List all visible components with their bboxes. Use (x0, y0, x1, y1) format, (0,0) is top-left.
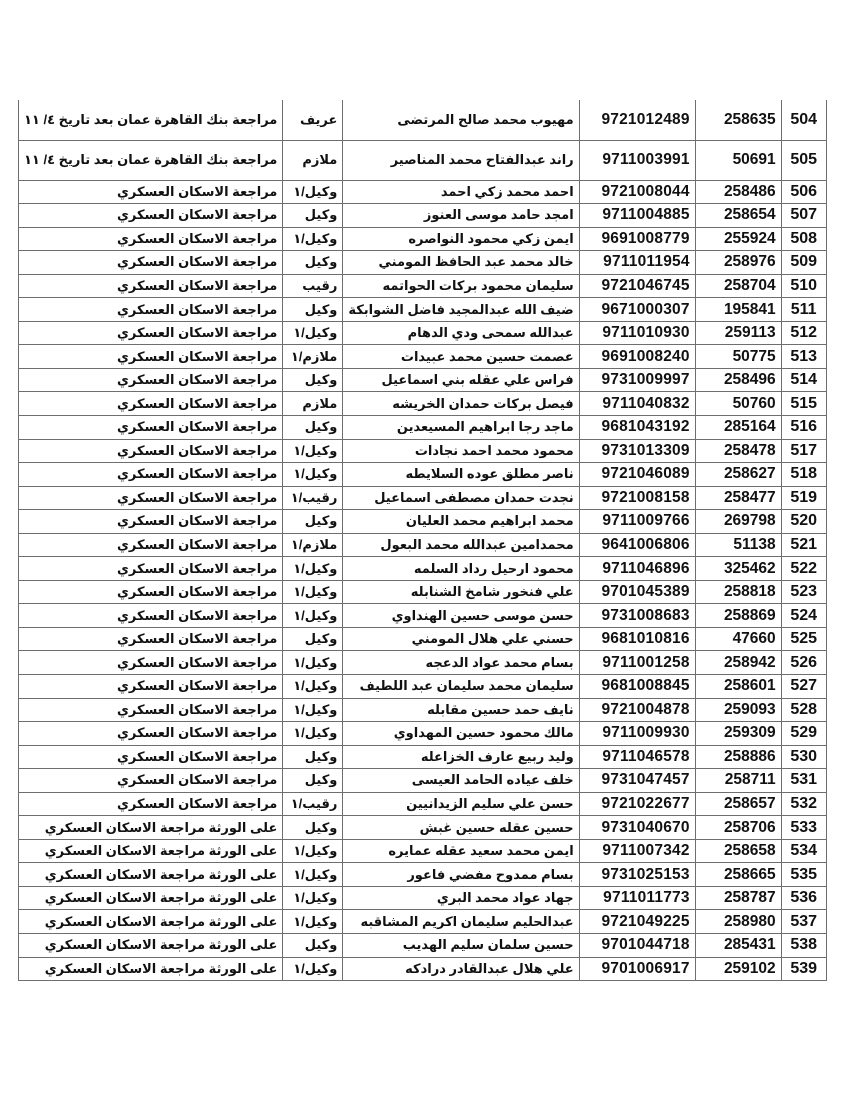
name-cell: فيصل بركات حمدان الخريشه (343, 392, 579, 416)
note-cell: مراجعة الاسكان العسكري (19, 345, 283, 369)
table-row: مراجعة الاسكان العسكري رقيب/١ حسن علي سل… (19, 792, 827, 816)
military-number-cell: 258486 (695, 180, 781, 204)
note-cell: مراجعة الاسكان العسكري (19, 274, 283, 298)
national-number-cell: 9671000307 (579, 298, 695, 322)
military-number-cell: 258654 (695, 204, 781, 228)
rank-cell: وكيل/١ (283, 463, 343, 487)
rank-cell: وكيل/١ (283, 910, 343, 934)
rank-cell: وكيل/١ (283, 321, 343, 345)
table-row: مراجعة الاسكان العسكري ملازم فيصل بركات … (19, 392, 827, 416)
table-row: مراجعة الاسكان العسكري ملازم/١ عصمت حسين… (19, 345, 827, 369)
national-number-cell: 9711004885 (579, 204, 695, 228)
national-number-cell: 9721004878 (579, 698, 695, 722)
military-number-cell: 258787 (695, 886, 781, 910)
rank-cell: ملازم (283, 392, 343, 416)
sequence-number-cell: 523 (781, 580, 826, 604)
rank-cell: وكيل/١ (283, 886, 343, 910)
national-number-cell: 9721046745 (579, 274, 695, 298)
rank-cell: وكيل (283, 934, 343, 958)
rank-cell: ملازم (283, 140, 343, 180)
table-row: مراجعة الاسكان العسكري وكيل/١ بسام محمد … (19, 651, 827, 675)
note-cell: مراجعة الاسكان العسكري (19, 604, 283, 628)
note-cell: على الورثة مراجعة الاسكان العسكري (19, 816, 283, 840)
national-number-cell: 9711046578 (579, 745, 695, 769)
military-number-cell: 259113 (695, 321, 781, 345)
table-row: مراجعة بنك القاهرة عمان بعد تاريخ ٤/ ١١ … (19, 140, 827, 180)
rank-cell: وكيل (283, 204, 343, 228)
name-cell: بسام ممدوح مفضي فاعور (343, 863, 579, 887)
note-cell: مراجعة الاسكان العسكري (19, 204, 283, 228)
sequence-number-cell: 517 (781, 439, 826, 463)
note-cell: مراجعة الاسكان العسكري (19, 651, 283, 675)
national-number-cell: 9641006806 (579, 533, 695, 557)
table-row: مراجعة الاسكان العسكري وكيل/١ احمد محمد … (19, 180, 827, 204)
table-row: مراجعة الاسكان العسكري وكيل/١ حسن موسى ح… (19, 604, 827, 628)
sequence-number-cell: 509 (781, 251, 826, 275)
national-number-cell: 9721022677 (579, 792, 695, 816)
national-number-cell: 9731008683 (579, 604, 695, 628)
sequence-number-cell: 514 (781, 368, 826, 392)
personnel-table: مراجعة بنك القاهرة عمان بعد تاريخ ٤/ ١١ … (18, 100, 827, 981)
note-cell: على الورثة مراجعة الاسكان العسكري (19, 863, 283, 887)
national-number-cell: 9691008779 (579, 227, 695, 251)
national-number-cell: 9711011773 (579, 886, 695, 910)
table-row: مراجعة الاسكان العسكري وكيل امجد حامد مو… (19, 204, 827, 228)
military-number-cell: 50775 (695, 345, 781, 369)
table-row: على الورثة مراجعة الاسكان العسكري وكيل/١… (19, 839, 827, 863)
table-row: مراجعة الاسكان العسكري وكيل/١ نايف حمد ح… (19, 698, 827, 722)
rank-cell: وكيل (283, 415, 343, 439)
military-number-cell: 269798 (695, 510, 781, 534)
sequence-number-cell: 508 (781, 227, 826, 251)
national-number-cell: 9721008044 (579, 180, 695, 204)
national-number-cell: 9731009997 (579, 368, 695, 392)
table-body: مراجعة بنك القاهرة عمان بعد تاريخ ٤/ ١١ … (19, 100, 827, 981)
rank-cell: وكيل/١ (283, 180, 343, 204)
rank-cell: وكيل/١ (283, 580, 343, 604)
military-number-cell: 47660 (695, 627, 781, 651)
name-cell: سليمان محمد سليمان عبد اللطيف (343, 674, 579, 698)
rank-cell: ملازم/١ (283, 533, 343, 557)
note-cell: مراجعة الاسكان العسكري (19, 321, 283, 345)
table-row: مراجعة الاسكان العسكري وكيل/١ علي فنخور … (19, 580, 827, 604)
sequence-number-cell: 513 (781, 345, 826, 369)
name-cell: حسن علي سليم الزيدانيين (343, 792, 579, 816)
military-number-cell: 50691 (695, 140, 781, 180)
note-cell: على الورثة مراجعة الاسكان العسكري (19, 934, 283, 958)
military-number-cell: 258496 (695, 368, 781, 392)
military-number-cell: 258980 (695, 910, 781, 934)
note-cell: مراجعة الاسكان العسكري (19, 769, 283, 793)
rank-cell: رقيب/١ (283, 792, 343, 816)
table-row: مراجعة الاسكان العسكري وكيل/١ محمود محمد… (19, 439, 827, 463)
national-number-cell: 9681008845 (579, 674, 695, 698)
military-number-cell: 325462 (695, 557, 781, 581)
sequence-number-cell: 515 (781, 392, 826, 416)
sequence-number-cell: 507 (781, 204, 826, 228)
rank-cell: رقيب (283, 274, 343, 298)
rank-cell: وكيل/١ (283, 651, 343, 675)
name-cell: عصمت حسين محمد عبيدات (343, 345, 579, 369)
military-number-cell: 258711 (695, 769, 781, 793)
rank-cell: وكيل/١ (283, 604, 343, 628)
table-row: مراجعة الاسكان العسكري وكيل/١ سليمان محم… (19, 674, 827, 698)
national-number-cell: 9711001258 (579, 651, 695, 675)
military-number-cell: 258478 (695, 439, 781, 463)
note-cell: مراجعة الاسكان العسكري (19, 486, 283, 510)
military-number-cell: 259093 (695, 698, 781, 722)
national-number-cell: 9721008158 (579, 486, 695, 510)
name-cell: علي هلال عبدالقادر درادكه (343, 957, 579, 981)
table-row: مراجعة الاسكان العسكري وكيل/١ مالك محمود… (19, 722, 827, 746)
table-row: مراجعة الاسكان العسكري وكيل فراس علي عقل… (19, 368, 827, 392)
name-cell: ضيف الله عبدالمجيد فاضل الشوابكة (343, 298, 579, 322)
table-row: مراجعة الاسكان العسكري وكيل ضيف الله عبد… (19, 298, 827, 322)
rank-cell: وكيل/١ (283, 439, 343, 463)
sequence-number-cell: 539 (781, 957, 826, 981)
sequence-number-cell: 505 (781, 140, 826, 180)
national-number-cell: 9701045389 (579, 580, 695, 604)
national-number-cell: 9711003991 (579, 140, 695, 180)
rank-cell: وكيل/١ (283, 839, 343, 863)
rank-cell: رقيب/١ (283, 486, 343, 510)
sequence-number-cell: 510 (781, 274, 826, 298)
name-cell: علي فنخور شامخ الشنابله (343, 580, 579, 604)
name-cell: عبدالحليم سليمان اكريم المشاقبه (343, 910, 579, 934)
table-row: مراجعة الاسكان العسكري وكيل ماجد رجا ابر… (19, 415, 827, 439)
sequence-number-cell: 533 (781, 816, 826, 840)
sequence-number-cell: 532 (781, 792, 826, 816)
name-cell: محمود محمد احمد نجادات (343, 439, 579, 463)
name-cell: محمود ارحيل رداد السلمه (343, 557, 579, 581)
name-cell: محمد ابراهيم محمد العليان (343, 510, 579, 534)
military-number-cell: 51138 (695, 533, 781, 557)
table-row: على الورثة مراجعة الاسكان العسكري وكيل/١… (19, 863, 827, 887)
rank-cell: وكيل/١ (283, 698, 343, 722)
sequence-number-cell: 536 (781, 886, 826, 910)
note-cell: مراجعة الاسكان العسكري (19, 557, 283, 581)
sequence-number-cell: 524 (781, 604, 826, 628)
name-cell: راند عبدالفتاح محمد المناصير (343, 140, 579, 180)
rank-cell: وكيل/١ (283, 722, 343, 746)
table-row: مراجعة الاسكان العسكري وكيل وليد ربيع عا… (19, 745, 827, 769)
military-number-cell: 258976 (695, 251, 781, 275)
sequence-number-cell: 528 (781, 698, 826, 722)
rank-cell: وكيل (283, 298, 343, 322)
name-cell: نايف حمد حسين مقابله (343, 698, 579, 722)
name-cell: حسني علي هلال المومني (343, 627, 579, 651)
table-row: مراجعة الاسكان العسكري وكيل/١ ايمن زكي م… (19, 227, 827, 251)
national-number-cell: 9681010816 (579, 627, 695, 651)
rank-cell: وكيل (283, 816, 343, 840)
name-cell: مهيوب محمد صالح المرتضى (343, 100, 579, 140)
national-number-cell: 9711009930 (579, 722, 695, 746)
note-cell: مراجعة الاسكان العسكري (19, 415, 283, 439)
military-number-cell: 258601 (695, 674, 781, 698)
military-number-cell: 285164 (695, 415, 781, 439)
sequence-number-cell: 520 (781, 510, 826, 534)
military-number-cell: 258627 (695, 463, 781, 487)
note-cell: مراجعة الاسكان العسكري (19, 722, 283, 746)
note-cell: مراجعة الاسكان العسكري (19, 392, 283, 416)
military-number-cell: 259309 (695, 722, 781, 746)
table-row: مراجعة الاسكان العسكري ملازم/١ محمدامين … (19, 533, 827, 557)
name-cell: وليد ربيع عارف الخزاعله (343, 745, 579, 769)
note-cell: مراجعة الاسكان العسكري (19, 439, 283, 463)
rank-cell: وكيل (283, 627, 343, 651)
national-number-cell: 9711009766 (579, 510, 695, 534)
note-cell: مراجعة الاسكان العسكري (19, 510, 283, 534)
table-row: مراجعة الاسكان العسكري وكيل حسني علي هلا… (19, 627, 827, 651)
rank-cell: وكيل/١ (283, 863, 343, 887)
national-number-cell: 9731025153 (579, 863, 695, 887)
rank-cell: وكيل (283, 745, 343, 769)
table-row: على الورثة مراجعة الاسكان العسكري وكيل ح… (19, 934, 827, 958)
military-number-cell: 258658 (695, 839, 781, 863)
national-number-cell: 9721012489 (579, 100, 695, 140)
military-number-cell: 285431 (695, 934, 781, 958)
rank-cell: وكيل (283, 251, 343, 275)
rank-cell: وكيل/١ (283, 957, 343, 981)
national-number-cell: 9701044718 (579, 934, 695, 958)
name-cell: ناصر مطلق عوده السلايطه (343, 463, 579, 487)
sequence-number-cell: 527 (781, 674, 826, 698)
military-number-cell: 258704 (695, 274, 781, 298)
sequence-number-cell: 535 (781, 863, 826, 887)
name-cell: خالد محمد عبد الحافظ المومني (343, 251, 579, 275)
military-number-cell: 50760 (695, 392, 781, 416)
national-number-cell: 9721046089 (579, 463, 695, 487)
name-cell: فراس علي عقله بني اسماعيل (343, 368, 579, 392)
table-row: مراجعة الاسكان العسكري وكيل خالد محمد عب… (19, 251, 827, 275)
note-cell: مراجعة الاسكان العسكري (19, 674, 283, 698)
note-cell: مراجعة الاسكان العسكري (19, 698, 283, 722)
name-cell: احمد محمد زكي احمد (343, 180, 579, 204)
sequence-number-cell: 506 (781, 180, 826, 204)
rank-cell: وكيل/١ (283, 557, 343, 581)
military-number-cell: 258477 (695, 486, 781, 510)
name-cell: خلف عياده الحامد العيسى (343, 769, 579, 793)
national-number-cell: 9711046896 (579, 557, 695, 581)
note-cell: على الورثة مراجعة الاسكان العسكري (19, 957, 283, 981)
sequence-number-cell: 537 (781, 910, 826, 934)
note-cell: مراجعة الاسكان العسكري (19, 580, 283, 604)
note-cell: مراجعة بنك القاهرة عمان بعد تاريخ ٤/ ١١ (19, 140, 283, 180)
name-cell: حسن موسى حسين الهنداوي (343, 604, 579, 628)
name-cell: محمدامين عبدالله محمد البعول (343, 533, 579, 557)
name-cell: حسين سلمان سليم الهديب (343, 934, 579, 958)
table-row: مراجعة الاسكان العسكري وكيل/١ ناصر مطلق … (19, 463, 827, 487)
name-cell: سليمان محمود بركات الحواتمه (343, 274, 579, 298)
table-row: على الورثة مراجعة الاسكان العسكري وكيل/١… (19, 886, 827, 910)
name-cell: حسين عقله حسين غبش (343, 816, 579, 840)
sequence-number-cell: 529 (781, 722, 826, 746)
military-number-cell: 258665 (695, 863, 781, 887)
national-number-cell: 9701006917 (579, 957, 695, 981)
sequence-number-cell: 525 (781, 627, 826, 651)
military-number-cell: 195841 (695, 298, 781, 322)
sequence-number-cell: 512 (781, 321, 826, 345)
note-cell: مراجعة الاسكان العسكري (19, 533, 283, 557)
note-cell: على الورثة مراجعة الاسكان العسكري (19, 910, 283, 934)
note-cell: مراجعة الاسكان العسكري (19, 463, 283, 487)
note-cell: مراجعة الاسكان العسكري (19, 227, 283, 251)
military-number-cell: 258635 (695, 100, 781, 140)
national-number-cell: 9711011954 (579, 251, 695, 275)
sequence-number-cell: 538 (781, 934, 826, 958)
military-number-cell: 258886 (695, 745, 781, 769)
rank-cell: وكيل/١ (283, 227, 343, 251)
name-cell: بسام محمد عواد الدعجه (343, 651, 579, 675)
military-number-cell: 258818 (695, 580, 781, 604)
name-cell: امجد حامد موسى العنوز (343, 204, 579, 228)
national-number-cell: 9711007342 (579, 839, 695, 863)
sequence-number-cell: 522 (781, 557, 826, 581)
sequence-number-cell: 518 (781, 463, 826, 487)
table-row: مراجعة الاسكان العسكري رقيب سليمان محمود… (19, 274, 827, 298)
note-cell: مراجعة الاسكان العسكري (19, 251, 283, 275)
name-cell: ايمن محمد سعيد عقله عمايره (343, 839, 579, 863)
military-number-cell: 258869 (695, 604, 781, 628)
table-row: على الورثة مراجعة الاسكان العسكري وكيل/١… (19, 910, 827, 934)
name-cell: ايمن زكي محمود النواصره (343, 227, 579, 251)
rank-cell: وكيل (283, 510, 343, 534)
sequence-number-cell: 521 (781, 533, 826, 557)
national-number-cell: 9711010930 (579, 321, 695, 345)
rank-cell: وكيل (283, 368, 343, 392)
sequence-number-cell: 516 (781, 415, 826, 439)
name-cell: جهاد عواد محمد البري (343, 886, 579, 910)
rank-cell: وكيل (283, 769, 343, 793)
national-number-cell: 9731013309 (579, 439, 695, 463)
note-cell: مراجعة الاسكان العسكري (19, 792, 283, 816)
rank-cell: ملازم/١ (283, 345, 343, 369)
sequence-number-cell: 526 (781, 651, 826, 675)
note-cell: مراجعة الاسكان العسكري (19, 368, 283, 392)
national-number-cell: 9721049225 (579, 910, 695, 934)
note-cell: على الورثة مراجعة الاسكان العسكري (19, 839, 283, 863)
rank-cell: عريف (283, 100, 343, 140)
name-cell: عبدالله سمحى ودي الدهام (343, 321, 579, 345)
table-row: مراجعة الاسكان العسكري رقيب/١ نجدت حمدان… (19, 486, 827, 510)
note-cell: على الورثة مراجعة الاسكان العسكري (19, 886, 283, 910)
table-row: مراجعة الاسكان العسكري وكيل/١ محمود ارحي… (19, 557, 827, 581)
national-number-cell: 9691008240 (579, 345, 695, 369)
military-number-cell: 258657 (695, 792, 781, 816)
note-cell: مراجعة الاسكان العسكري (19, 745, 283, 769)
military-number-cell: 255924 (695, 227, 781, 251)
military-number-cell: 259102 (695, 957, 781, 981)
national-number-cell: 9711040832 (579, 392, 695, 416)
sequence-number-cell: 531 (781, 769, 826, 793)
national-number-cell: 9731047457 (579, 769, 695, 793)
name-cell: مالك محمود حسين المهداوي (343, 722, 579, 746)
military-number-cell: 258942 (695, 651, 781, 675)
sequence-number-cell: 534 (781, 839, 826, 863)
note-cell: مراجعة الاسكان العسكري (19, 180, 283, 204)
national-number-cell: 9681043192 (579, 415, 695, 439)
table-row: مراجعة الاسكان العسكري وكيل/١ عبدالله سم… (19, 321, 827, 345)
table-row: على الورثة مراجعة الاسكان العسكري وكيل/١… (19, 957, 827, 981)
note-cell: مراجعة الاسكان العسكري (19, 298, 283, 322)
name-cell: ماجد رجا ابراهيم المسيعدين (343, 415, 579, 439)
military-number-cell: 258706 (695, 816, 781, 840)
sequence-number-cell: 511 (781, 298, 826, 322)
sequence-number-cell: 519 (781, 486, 826, 510)
national-number-cell: 9731040670 (579, 816, 695, 840)
note-cell: مراجعة الاسكان العسكري (19, 627, 283, 651)
table-row: مراجعة الاسكان العسكري وكيل خلف عياده ال… (19, 769, 827, 793)
table-row: على الورثة مراجعة الاسكان العسكري وكيل ح… (19, 816, 827, 840)
table-row: مراجعة الاسكان العسكري وكيل محمد ابراهيم… (19, 510, 827, 534)
rank-cell: وكيل/١ (283, 674, 343, 698)
note-cell: مراجعة بنك القاهرة عمان بعد تاريخ ٤/ ١١ (19, 100, 283, 140)
table-row: مراجعة بنك القاهرة عمان بعد تاريخ ٤/ ١١ … (19, 100, 827, 140)
sequence-number-cell: 504 (781, 100, 826, 140)
sequence-number-cell: 530 (781, 745, 826, 769)
name-cell: نجدت حمدان مصطفى اسماعيل (343, 486, 579, 510)
